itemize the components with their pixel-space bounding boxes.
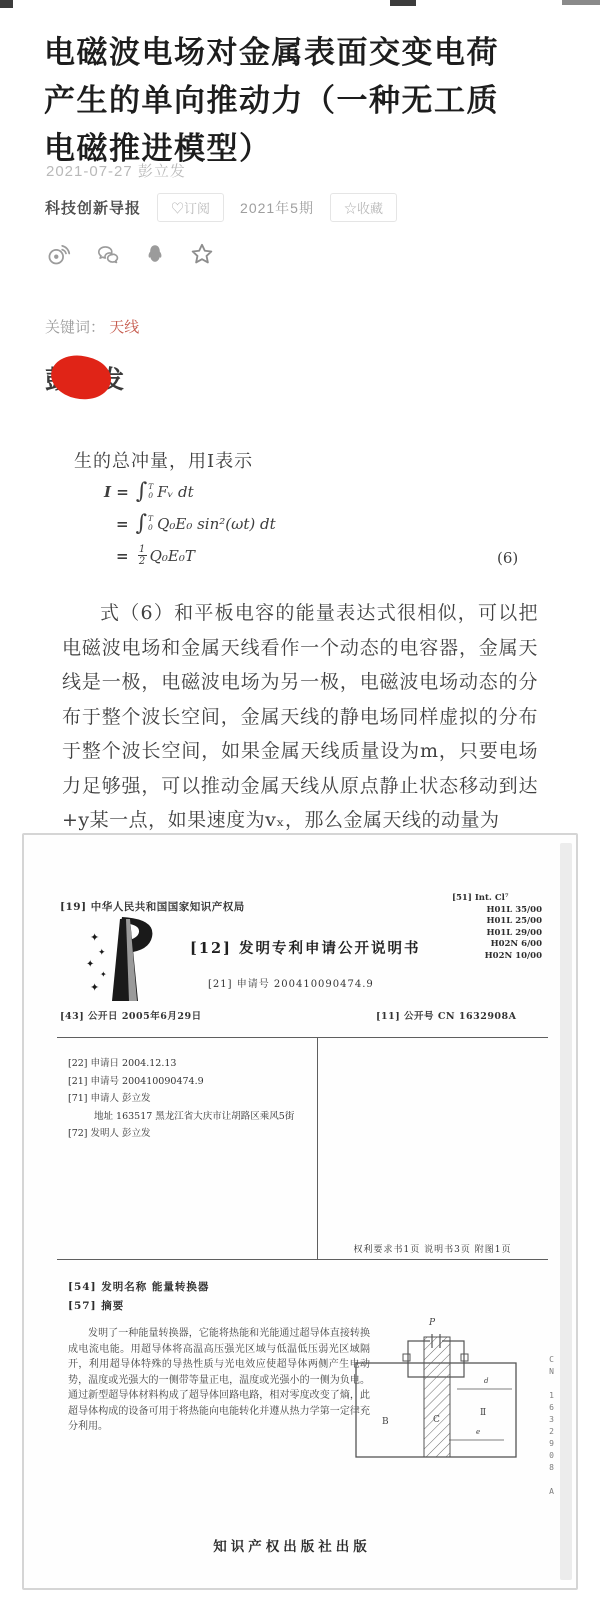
favorite-button[interactable]: ☆收藏 — [330, 193, 397, 222]
page-edge-shadow — [560, 843, 572, 1580]
patent-vertical-divider — [317, 1037, 318, 1259]
qq-share-icon[interactable] — [143, 241, 167, 267]
fraction: 12 — [138, 545, 147, 566]
patent-figure: P B C Ⅱ d e — [344, 1311, 559, 1480]
patent-side-code: CN 1632908 A — [547, 1355, 556, 1499]
fig-label-b: B — [382, 1417, 389, 1427]
svg-text:✦: ✦ — [90, 981, 99, 994]
integral-symbol: ∫ — [136, 511, 147, 536]
keywords-label: 关键词： — [45, 319, 105, 336]
ipc-code: H02N 10/00 — [452, 951, 548, 963]
patent-publisher: 知识产权出版社出版 — [24, 1535, 560, 1555]
fig-label-p: P — [428, 1318, 436, 1328]
weibo-share-icon[interactable] — [46, 241, 73, 267]
scan-artifact — [0, 0, 13, 8]
formula-line-3: = 12 Q₀E₀T — [116, 545, 195, 566]
biblio-address-row: 地址 163517 黑龙江省大庆市让胡路区乘风5街 — [68, 1108, 294, 1126]
fig-anno-2: e — [476, 1428, 480, 1436]
formula-line-2: = ∫ T0 Q₀E₀ sin²(ωt) dt — [116, 511, 276, 536]
ipc-code: H02N 6/00 — [452, 939, 548, 951]
patent-scan-image[interactable]: [19] 中华人民共和国国家知识产权局 [51] Int. Cl⁷ H01L 3… — [22, 833, 578, 1590]
equation-number: (6) — [497, 549, 518, 567]
patent-invention-title: [54] 发明名称 能量转换器 — [68, 1279, 209, 1294]
patent-abstract-text: 发明了一种能量转换器，它能将热能和光能通过超导体直接转换成电流电能。用超导体将高… — [68, 1326, 370, 1435]
subscribe-button[interactable]: ♡订阅 — [157, 193, 224, 222]
ipc-code: H01L 29/00 — [452, 928, 548, 940]
scan-artifact — [562, 0, 600, 5]
journal-name[interactable]: 科技创新导报 — [45, 197, 141, 218]
patent-pub-date: [43] 公开日 2005年6月29日 — [60, 1008, 202, 1022]
article-page: 电磁波电场对金属表面交变电荷产生的单向推动力（一种无工质电磁推进模型） 2021… — [0, 0, 600, 1618]
keyword-link[interactable]: 天线 — [109, 319, 139, 336]
journal-row: 科技创新导报 ♡订阅 2021年5期 ☆收藏 — [45, 193, 397, 222]
svg-text:✦: ✦ — [100, 970, 107, 979]
biblio-row: [21] 申请号 200410090474.9 — [68, 1073, 294, 1091]
share-icons-row — [46, 241, 216, 267]
fig-label-c: C — [433, 1415, 440, 1425]
article-meta: 2021-07-27 彭立发 — [46, 160, 186, 181]
ipc-code: H01L 25/00 — [452, 916, 548, 928]
formula-line-1: I = ∫ T0 Fᵥ dt — [104, 479, 194, 504]
qzone-star-share-icon[interactable] — [188, 241, 216, 267]
patent-biblio-column: [22] 申请日 2004.12.13 [21] 申请号 20041009047… — [68, 1055, 294, 1143]
ipc-code: H01L 35/00 — [452, 905, 548, 917]
patent-divider — [57, 1037, 548, 1038]
biblio-row: [72] 发明人 彭立发 — [68, 1125, 294, 1143]
patent-app-no: [21] 申请号 200410090474.9 — [208, 975, 374, 990]
body-paragraph: 式（6）和平板电容的能量表达式很相似，可以把电磁波电场和金属天线看作一个动态的电… — [62, 596, 538, 838]
scan-artifact — [390, 0, 416, 6]
wechat-share-icon[interactable] — [94, 241, 122, 267]
svg-text:✦: ✦ — [98, 948, 106, 958]
patent-pages-line: 权利要求书1页 说明书3页 附图1页 — [317, 1242, 548, 1255]
red-scribble-mark — [47, 350, 115, 405]
svg-text:✦: ✦ — [90, 931, 99, 944]
fig-label-d: Ⅱ — [480, 1408, 486, 1418]
journal-issue[interactable]: 2021年5期 — [240, 198, 314, 218]
patent-abstract-label: [57] 摘要 — [68, 1298, 124, 1313]
fig-anno-1: d — [484, 1377, 489, 1385]
sipo-logo: ✦ ✦ ✦ ✦ ✦ — [82, 911, 170, 1007]
patent-divider — [57, 1259, 548, 1260]
page-title: 电磁波电场对金属表面交变电荷产生的单向推动力（一种无工质电磁推进模型） — [44, 29, 518, 173]
integral-symbol: ∫ — [136, 479, 147, 504]
svg-text:✦: ✦ — [86, 959, 94, 970]
patent-doc-type: [12] 发明专利申请公开说明书 — [190, 937, 420, 958]
patent-pub-no: [11] 公开号 CN 1632908A — [376, 1008, 517, 1022]
body-lead-line: 生的总冲量，用I表示 — [74, 447, 253, 473]
keywords-row: 关键词： 天线 — [45, 316, 139, 337]
patent-intcl-block: [51] Int. Cl⁷ H01L 35/00 H01L 25/00 H01L… — [452, 893, 548, 962]
biblio-row: [71] 申请人 彭立发 — [68, 1090, 294, 1108]
biblio-row: [22] 申请日 2004.12.13 — [68, 1055, 294, 1073]
intcl-label: [51] Int. Cl⁷ — [452, 893, 548, 905]
